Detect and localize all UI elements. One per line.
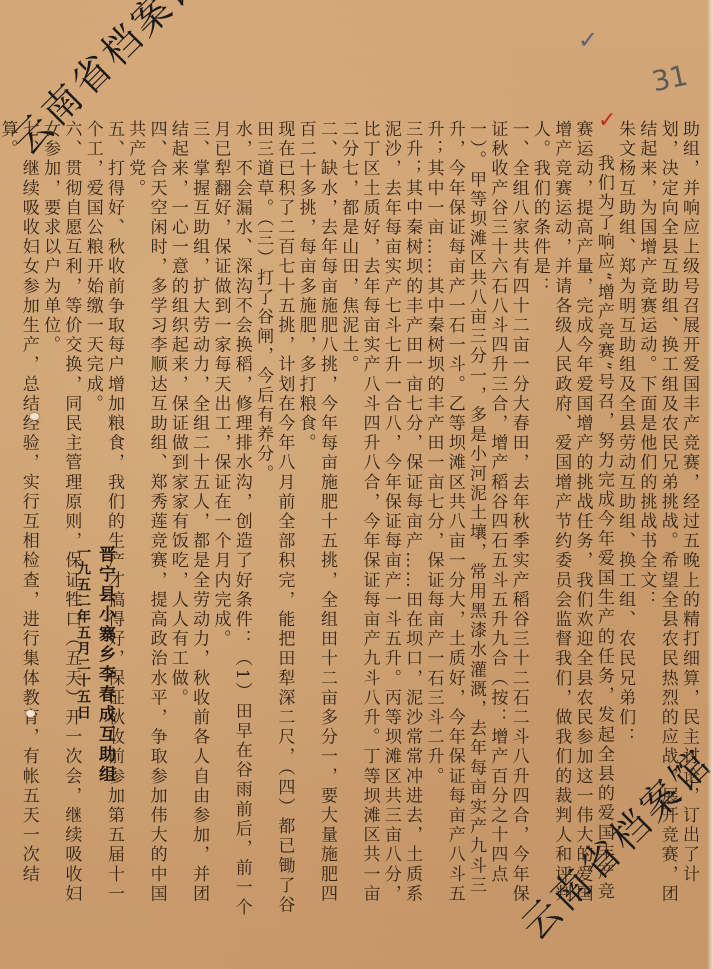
- page-number: 31: [649, 59, 691, 99]
- paragraph-item-4: 四、合天空闲时，多学习李顺达互助组、郑秀莲竞赛，提高政治水平，争取参加伟大的中国…: [124, 120, 167, 920]
- signature-block: 晋宁县小寨乡李春成互助组 一九五二年五月二十五日: [72, 545, 116, 925]
- blue-checkmark-annotation: ✓: [578, 26, 598, 54]
- paragraph-item-3: 三、掌握互助组，扩大劳动力，全组二十五人，都是全劳动力，秋收前各人自由参加，并团…: [167, 120, 210, 920]
- signature-org: 晋宁县小寨乡李春成互助组: [95, 545, 115, 785]
- paragraph-item-1: 一、全组八家共有四十二亩一分大春田，去年秋季实产稻谷三十二石二斗八升四合，今年保…: [422, 120, 528, 920]
- paragraph-item-1-cont: 三升；其中秦树坝的丰产田一亩七分，保证每亩产……田在坝口，泥沙常常冲进去，土质系…: [337, 120, 422, 920]
- document-body: 助组，并响应上级号召展开爱国丰产竞赛，经过五晚上的精打细算，民主讨论，订出了计划…: [59, 120, 699, 920]
- signature-date: 一九五二年五月二十五日: [75, 545, 91, 721]
- paragraph-item-2-cont: 现在已积了二百七十五挑，计划在今年八月前全部积完，能把田犁深二尺，（四）都已锄了…: [252, 120, 295, 920]
- paragraph-item-2-water: 水，不会漏水、深沟不会换稻，修理排水沟，创造了好条件：（1）田早在谷雨前后，前一…: [209, 120, 252, 920]
- punch-hole: [26, 710, 35, 717]
- paragraph-item-7: 七、继续吸收妇女参加生产，总结经验，实行互相检查，进行集体教育，有帐五天一次结算…: [0, 120, 39, 920]
- punch-hole: [30, 413, 39, 420]
- paragraph-item-2: 二、缺水，去年每亩施肥八挑，今年每亩施肥十五挑，全组田十二亩多分一，要大量施肥四…: [294, 120, 337, 920]
- document-page: ✓ ✓ 31 助组，并响应上级号召展开爱国丰产竞赛，经过五晚上的精打细算，民主讨…: [0, 0, 713, 969]
- paragraph-purpose: 我们为了响应“增产竞赛”号召，努力完成今年爱国生产的任务，发起全县的爱国丰产竞赛…: [529, 120, 614, 920]
